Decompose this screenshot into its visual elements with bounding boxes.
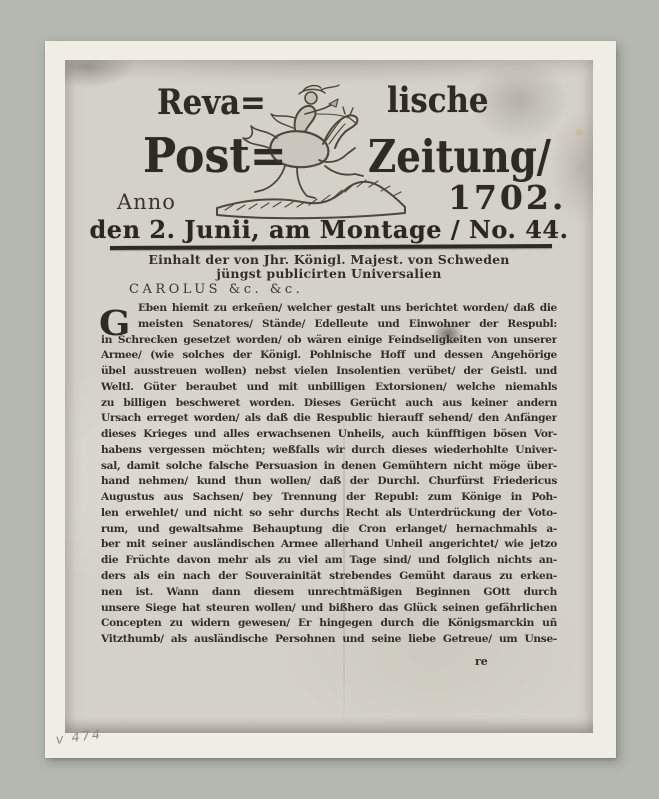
body-line: Concepten zu widern gewesen/ Er hingegen…	[101, 616, 557, 632]
date-line: den 2. Junii, am Montage / No. 44.	[65, 215, 593, 244]
body-line: in Schrecken gesetzet worden/ ob wären e…	[101, 333, 557, 349]
body-text: Eben hiemit zu erkeñen/ welcher gestalt …	[101, 301, 557, 648]
subtitle-line1: Einhalt der von Jhr. Königl. Majest. von…	[65, 252, 593, 267]
body-line: übel ausstreuen wollen) nebst vielen Ins…	[101, 364, 557, 380]
subtitle-line2: jüngst publicirten Universalien	[65, 266, 593, 281]
salutation: CAROLUS &c. &c.	[129, 282, 303, 297]
year-label: 1702.	[448, 178, 566, 217]
gray-mat-background: { "photo": { "annotation": "v 474" }, "n…	[0, 0, 659, 799]
handwritten-annotation: v 474	[55, 727, 103, 748]
body-line: rum, und gewaltsahme Behauptung die Cron…	[101, 522, 557, 538]
body-line: ber mit seiner ausländischen Armee aller…	[101, 537, 557, 553]
body-line: zu billigen beschweret worden. Dieses Ge…	[101, 396, 557, 412]
newspaper-page: Reva= lische Post= Zeitung/	[65, 60, 593, 733]
body-line: ders als ein nach der Souverainität stre…	[101, 569, 557, 585]
body-line: Vitzthumb/ als ausländische Persohnen un…	[101, 632, 557, 648]
body-line: habens vergessen möchten; weßfalls wir d…	[101, 443, 557, 459]
body-line: meisten Senatores/ Stände/ Edelleute und…	[101, 317, 557, 333]
body-line: Weltl. Güter beraubet und mit unbilligen…	[101, 380, 557, 396]
body-line: dieses Krieges und alles erwachsenen Unh…	[101, 427, 557, 443]
photo-print: Reva= lische Post= Zeitung/	[45, 41, 616, 758]
catchword: re	[475, 655, 488, 668]
body-line: Ursach erreget worden/ als daß die Respu…	[101, 411, 557, 427]
body-line: Armee/ (wie solches der Königl. Pohlnisc…	[101, 348, 557, 364]
body-line: sal, damit solche falsche Persuasion in …	[101, 459, 557, 475]
body-line: die Früchte davon mehr als zu viel am Ta…	[101, 553, 557, 569]
anno-label: Anno	[117, 190, 176, 214]
body-line: hand nehmen/ kund thun wollen/ daß der D…	[101, 474, 557, 490]
body-line: nen ist. Wann dann diesem unrechtmäßigen…	[101, 585, 557, 601]
masthead-rule	[110, 244, 552, 250]
body-line: Augustus aus Sachsen/ bey Trennung der R…	[101, 490, 557, 506]
body-line: unsere Siege hat steuren wollen/ und biß…	[101, 601, 557, 617]
postrider-woodcut-icon	[207, 84, 419, 226]
paper-fleck	[576, 129, 583, 136]
body-line: Eben hiemit zu erkeñen/ welcher gestalt …	[101, 301, 557, 317]
body-line: len erwehlet/ und nicht so sehr durchs R…	[101, 506, 557, 522]
